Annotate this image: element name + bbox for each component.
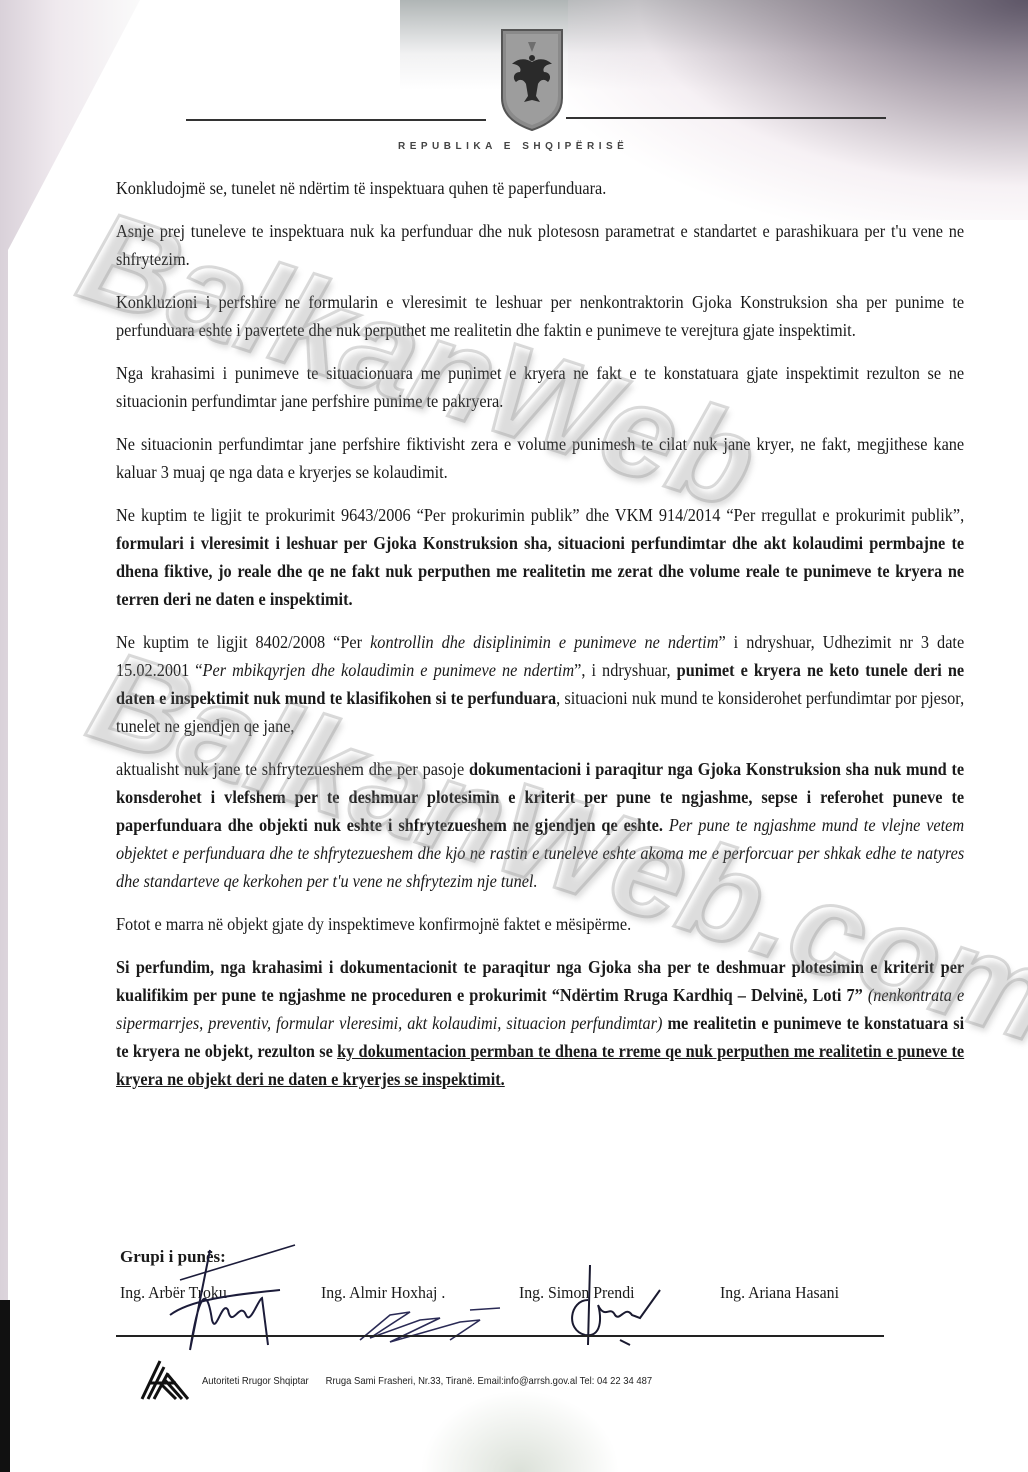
paragraph-photos: Fotot e marra në objekt gjate dy inspekt… [116, 910, 964, 938]
signature-rule [116, 1335, 884, 1337]
working-group-label: Grupi i punës: [120, 1247, 226, 1267]
signatory-name: Ing. Ariana Hasani [720, 1283, 839, 1303]
document-body: Konkludojmë se, tunelet në ndërtim të in… [116, 174, 964, 1108]
text-run: Ne kuptim te ligjit 8402/2008 “Per [116, 632, 370, 652]
text-run-italic: Per mbikqyrjen dhe kolaudimin e punimeve… [203, 660, 575, 680]
paragraph-evaluation-form: Konkluzioni i perfshire ne formularin e … [116, 288, 964, 344]
paragraph-tunnels-not-finished: Asnje prej tuneleve te inspektuara nuk k… [116, 217, 964, 273]
paragraph-fictitious-items: Ne situacionin perfundimtar jane perfshi… [116, 430, 964, 486]
arrsh-logo-icon [136, 1353, 192, 1401]
text-run-italic: kontrollin dhe disiplinimin e punimeve n… [370, 632, 718, 652]
paragraph-comparison: Nga krahasimi i punimeve te situacionuar… [116, 359, 964, 415]
signatory-name: Ing. Almir Hoxhaj . [321, 1283, 445, 1303]
text-run-bold: formulari i vleresimit i leshuar per Gjo… [116, 533, 964, 609]
paragraph-documentation-invalid: aktualisht nuk jane te shfrytezueshem dh… [116, 755, 964, 895]
paragraph-final-conclusion: Si perfundim, nga krahasimi i dokumentac… [116, 953, 964, 1093]
text-run: aktualisht nuk jane te shfrytezueshem dh… [116, 759, 469, 779]
text-run-bold: Si perfundim, nga krahasimi i dokumentac… [116, 957, 964, 1005]
paragraph-construction-law: Ne kuptim te ligjit 8402/2008 “Per kontr… [116, 628, 964, 740]
republic-title: REPUBLIKA E SHQIPËRISË [398, 141, 678, 152]
footer-contact: Autoriteti Rrugor Shqiptar Rruga Sami Fr… [202, 1375, 667, 1387]
signatory-name: Ing. Simon Prendi [519, 1283, 635, 1303]
paragraph-procurement-law: Ne kuptim te ligjit te prokurimit 9643/2… [116, 501, 964, 613]
header-rule-right [566, 117, 886, 119]
coat-of-arms-icon [500, 28, 564, 132]
footer-organization: Autoriteti Rrugor Shqiptar [202, 1375, 309, 1387]
text-run: Ne kuptim te ligjit te prokurimit 9643/2… [116, 505, 964, 525]
footer-address: Rruga Sami Frasheri, Nr.33, Tiranë. Emai… [326, 1375, 653, 1387]
photo-edge [0, 1300, 10, 1472]
photo-smudge [420, 1390, 620, 1472]
paragraph-conclusion: Konkludojmë se, tunelet në ndërtim të in… [116, 174, 964, 202]
signatory-name: Ing. Arbër Troku [120, 1283, 227, 1303]
text-run: ”, i ndryshuar, [574, 660, 677, 680]
header-rule-left [186, 119, 486, 121]
